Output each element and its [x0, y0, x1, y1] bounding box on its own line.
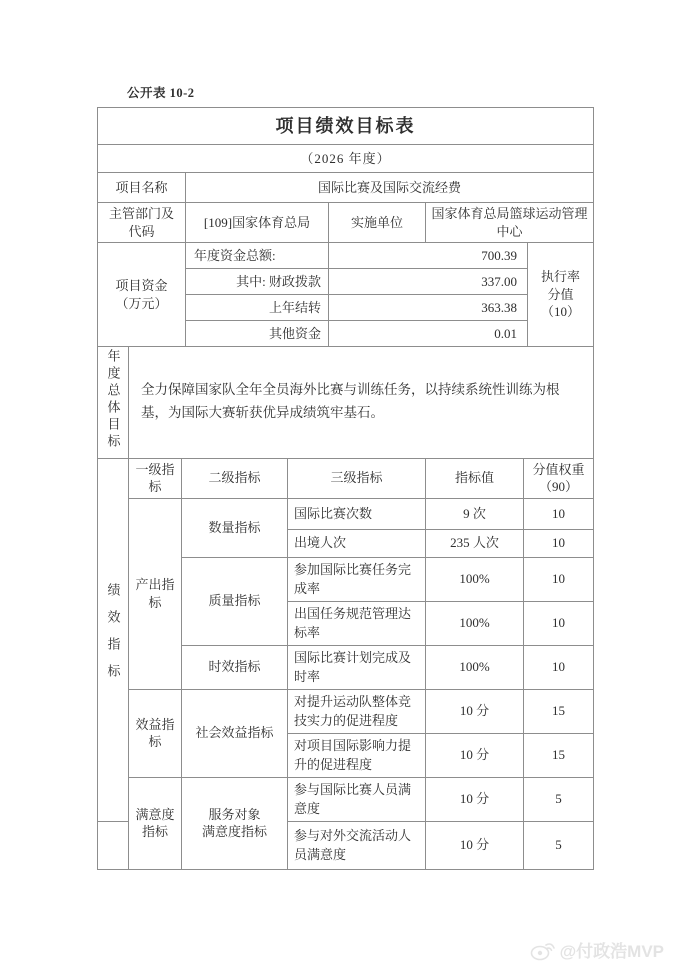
header-level2: 二级指标 [182, 458, 288, 498]
document-page: 公开表 10-2 项目绩效目标表 （2026 年度） 项目名称 国际比赛及国际交… [0, 0, 690, 976]
fund-row-value: 363.38 [329, 295, 528, 321]
indicator-weight: 15 [524, 689, 594, 733]
indicator-value: 9 次 [426, 498, 524, 529]
fund-row-name: 年度资金总额: [186, 243, 329, 269]
fund-row-value: 0.01 [329, 321, 528, 347]
indicator-value: 100% [426, 645, 524, 689]
header-level1: 一级指标 [129, 458, 182, 498]
indicator-name: 出境人次 [288, 529, 426, 557]
annual-goal-side-text: 年度总体目标 [107, 349, 120, 451]
indicator-weight: 5 [524, 777, 594, 821]
fund-row-value: 337.00 [329, 269, 528, 295]
indicator-value: 10 分 [426, 689, 524, 733]
indicator-name: 国际比赛计划完成及时率 [288, 645, 426, 689]
indicator-weight: 10 [524, 557, 594, 601]
header-weight: 分值权重 （90） [524, 458, 594, 498]
indicator-name: 对提升运动队整体竞技实力的促进程度 [288, 689, 426, 733]
indicator-name: 参与对外交流活动人员满意度 [288, 821, 426, 869]
level2-quality: 质量指标 [182, 557, 288, 645]
indicator-value: 10 分 [426, 733, 524, 777]
indicator-name: 出国任务规范管理达标率 [288, 601, 426, 645]
indicator-value: 10 分 [426, 777, 524, 821]
header-value: 指标值 [426, 458, 524, 498]
project-name-value: 国际比赛及国际交流经费 [186, 173, 594, 203]
project-info-table: 项目绩效目标表 （2026 年度） 项目名称 国际比赛及国际交流经费 主管部门及… [97, 107, 594, 347]
indicator-value: 100% [426, 557, 524, 601]
indicator-weight: 10 [524, 601, 594, 645]
watermark-text: @付政浩MVP [560, 937, 664, 962]
indicator-weight: 15 [524, 733, 594, 777]
watermark: @付政浩MVP [530, 937, 664, 962]
fund-row-name: 其中: 财政拨款 [186, 269, 329, 295]
header-level3: 三级指标 [288, 458, 426, 498]
level1-satisfaction: 满意度 指标 [129, 777, 182, 869]
indicator-name: 对项目国际影响力提升的促进程度 [288, 733, 426, 777]
side-empty-cell [98, 821, 129, 869]
indicator-weight: 10 [524, 529, 594, 557]
exec-rate-label: 执行率 分值 （10） [528, 243, 594, 347]
weibo-icon [530, 939, 556, 961]
indicators-side-label: 绩效指标 [98, 458, 129, 821]
indicator-weight: 10 [524, 498, 594, 529]
indicator-value: 10 分 [426, 821, 524, 869]
indicator-weight: 5 [524, 821, 594, 869]
indicators-side-text: 绩效指标 [107, 583, 120, 691]
indicator-name: 国际比赛次数 [288, 498, 426, 529]
table-year: （2026 年度） [98, 145, 594, 173]
funds-label: 项目资金 （万元） [98, 243, 186, 347]
annual-goal-side-label: 年度总体目标 [98, 347, 129, 459]
level1-output: 产出指标 [129, 498, 182, 689]
indicator-name: 参加国际比赛任务完成率 [288, 557, 426, 601]
fund-row-value: 700.39 [329, 243, 528, 269]
level2-social-benefit: 社会效益指标 [182, 689, 288, 777]
level2-quantity: 数量指标 [182, 498, 288, 557]
report-table-wrapper: 公开表 10-2 项目绩效目标表 （2026 年度） 项目名称 国际比赛及国际交… [97, 83, 593, 870]
level1-benefit: 效益指标 [129, 689, 182, 777]
level2-timeliness: 时效指标 [182, 645, 288, 689]
dept-value: [109]国家体育总局 [186, 203, 329, 243]
sheet-label: 公开表 10-2 [127, 83, 593, 101]
level2-service-satisfaction: 服务对象 满意度指标 [182, 777, 288, 869]
indicator-name: 参与国际比赛人员满意度 [288, 777, 426, 821]
fund-row-name: 其他资金 [186, 321, 329, 347]
indicator-weight: 10 [524, 645, 594, 689]
fund-row-name: 上年结转 [186, 295, 329, 321]
performance-indicators-table: 年度总体目标 全力保障国家队全年全员海外比赛与训练任务，以持续系统性训练为根基，… [97, 346, 594, 870]
project-name-label: 项目名称 [98, 173, 186, 203]
table-title: 项目绩效目标表 [98, 108, 594, 145]
dept-label: 主管部门及 代码 [98, 203, 186, 243]
indicator-value: 100% [426, 601, 524, 645]
annual-goal-text: 全力保障国家队全年全员海外比赛与训练任务，以持续系统性训练为根基，为国际大赛斩获… [129, 347, 594, 459]
impl-unit-value: 国家体育总局篮球运动管理中心 [426, 203, 594, 243]
indicator-value: 235 人次 [426, 529, 524, 557]
impl-unit-label: 实施单位 [329, 203, 426, 243]
